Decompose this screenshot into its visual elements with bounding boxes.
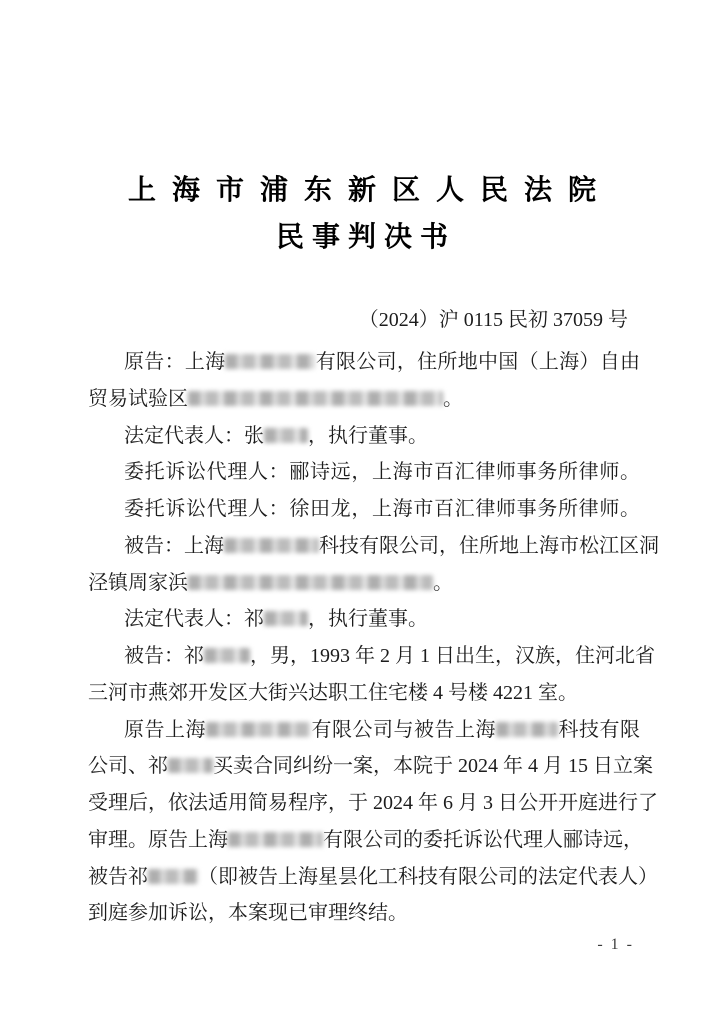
court-title: 上海市浦东新区人民法院: [86, 170, 638, 212]
body-line: 原告上海有限公司与被告上海科技有限: [88, 712, 640, 749]
page-number: - 1 -: [88, 936, 634, 954]
redacted-text: [148, 869, 198, 884]
text-segment: 贸易试验区: [88, 388, 188, 410]
body-line: 委托诉讼代理人：郦诗远，上海市百汇律师事务所律师。: [88, 454, 640, 491]
redacted-text: [188, 391, 443, 406]
case-number: （2024）沪 0115 民初 37059 号: [88, 303, 628, 332]
text-segment: 泾镇周家浜: [88, 572, 188, 594]
text-segment: 法定代表人：张: [124, 425, 264, 447]
body-line: 法定代表人：张，执行董事。: [88, 418, 640, 455]
text-segment: ，男，1993 年 2 月 1 日出生，汉族，住河北省: [250, 645, 655, 667]
body-line: 到庭参加诉讼，本案现已审理终结。: [88, 895, 640, 932]
body-line: 审理。原告上海有限公司的委托诉讼代理人郦诗远，: [88, 822, 640, 859]
text-segment: 科技有限: [558, 719, 640, 741]
text-segment: 。: [433, 572, 453, 594]
redacted-text: [264, 611, 308, 626]
text-segment: 到庭参加诉讼，本案现已审理终结。: [88, 902, 408, 924]
body-line: 被告：上海科技有限公司，住所地上海市松江区洞: [88, 528, 640, 565]
body-lines: 原告：上海有限公司，住所地中国（上海）自由贸易试验区。法定代表人：张，执行董事。…: [88, 344, 640, 932]
redacted-text: [225, 354, 315, 369]
text-segment: 原告：上海: [124, 351, 225, 373]
body-line: 被告：祁，男，1993 年 2 月 1 日出生，汉族，住河北省: [88, 638, 640, 675]
body-line: 原告：上海有限公司，住所地中国（上海）自由: [88, 344, 640, 381]
body-line: 公司、祁买卖合同纠纷一案，本院于 2024 年 4 月 15 日立案: [88, 748, 640, 785]
text-segment: 有限公司与被告上海: [311, 719, 496, 741]
text-segment: 法定代表人：祁: [124, 608, 264, 630]
redacted-text: [204, 648, 250, 663]
text-segment: （即被告上海星昙化工科技有限公司的法定代表人）: [198, 866, 658, 888]
redacted-text: [264, 428, 308, 443]
text-segment: 被告祁: [88, 866, 148, 888]
redacted-text: [188, 575, 433, 590]
body-line: 受理后，依法适用简易程序，于 2024 年 6 月 3 日公开开庭进行了: [88, 785, 640, 822]
body-line: 被告祁（即被告上海星昙化工科技有限公司的法定代表人）: [88, 859, 640, 896]
text-segment: 买卖合同纠纷一案，本院于 2024 年 4 月 15 日立案: [213, 755, 653, 777]
redacted-text: [168, 758, 213, 773]
text-segment: 受理后，依法适用简易程序，于 2024 年 6 月 3 日公开开庭进行了: [88, 792, 658, 814]
redacted-text: [206, 722, 311, 737]
text-segment: 原告上海: [124, 719, 206, 741]
document-type-title: 民事判决书: [86, 218, 638, 258]
redacted-text: [496, 722, 558, 737]
body-line: 法定代表人：祁，执行董事。: [88, 601, 640, 638]
text-segment: 科技有限公司，住所地上海市松江区洞: [319, 535, 659, 557]
text-segment: 。: [443, 388, 463, 410]
text-segment: 被告：祁: [124, 645, 204, 667]
body-line: 贸易试验区。: [88, 381, 640, 418]
redacted-text: [224, 538, 319, 553]
text-segment: ，执行董事。: [308, 608, 428, 630]
body-line: 委托诉讼代理人：徐田龙，上海市百汇律师事务所律师。: [88, 491, 640, 528]
text-segment: 被告：上海: [124, 535, 224, 557]
body-line: 三河市燕郊开发区大街兴达职工住宅楼 4 号楼 4221 室。: [88, 675, 640, 712]
redacted-text: [228, 832, 323, 847]
text-segment: ，执行董事。: [308, 425, 428, 447]
body-line: 泾镇周家浜。: [88, 565, 640, 602]
text-segment: 审理。原告上海: [88, 829, 228, 851]
text-segment: 三河市燕郊开发区大街兴达职工住宅楼 4 号楼 4221 室。: [88, 682, 578, 704]
text-segment: 有限公司，住所地中国（上海）自由: [315, 351, 640, 373]
text-segment: 有限公司的委托诉讼代理人郦诗远，: [323, 829, 643, 851]
text-segment: 公司、祁: [88, 755, 168, 777]
text-segment: 委托诉讼代理人：徐田龙，上海市百汇律师事务所律师。: [124, 498, 640, 520]
document-page: 上海市浦东新区人民法院 民事判决书 （2024）沪 0115 民初 37059 …: [0, 0, 724, 1024]
text-segment: 委托诉讼代理人：郦诗远，上海市百汇律师事务所律师。: [124, 461, 640, 483]
